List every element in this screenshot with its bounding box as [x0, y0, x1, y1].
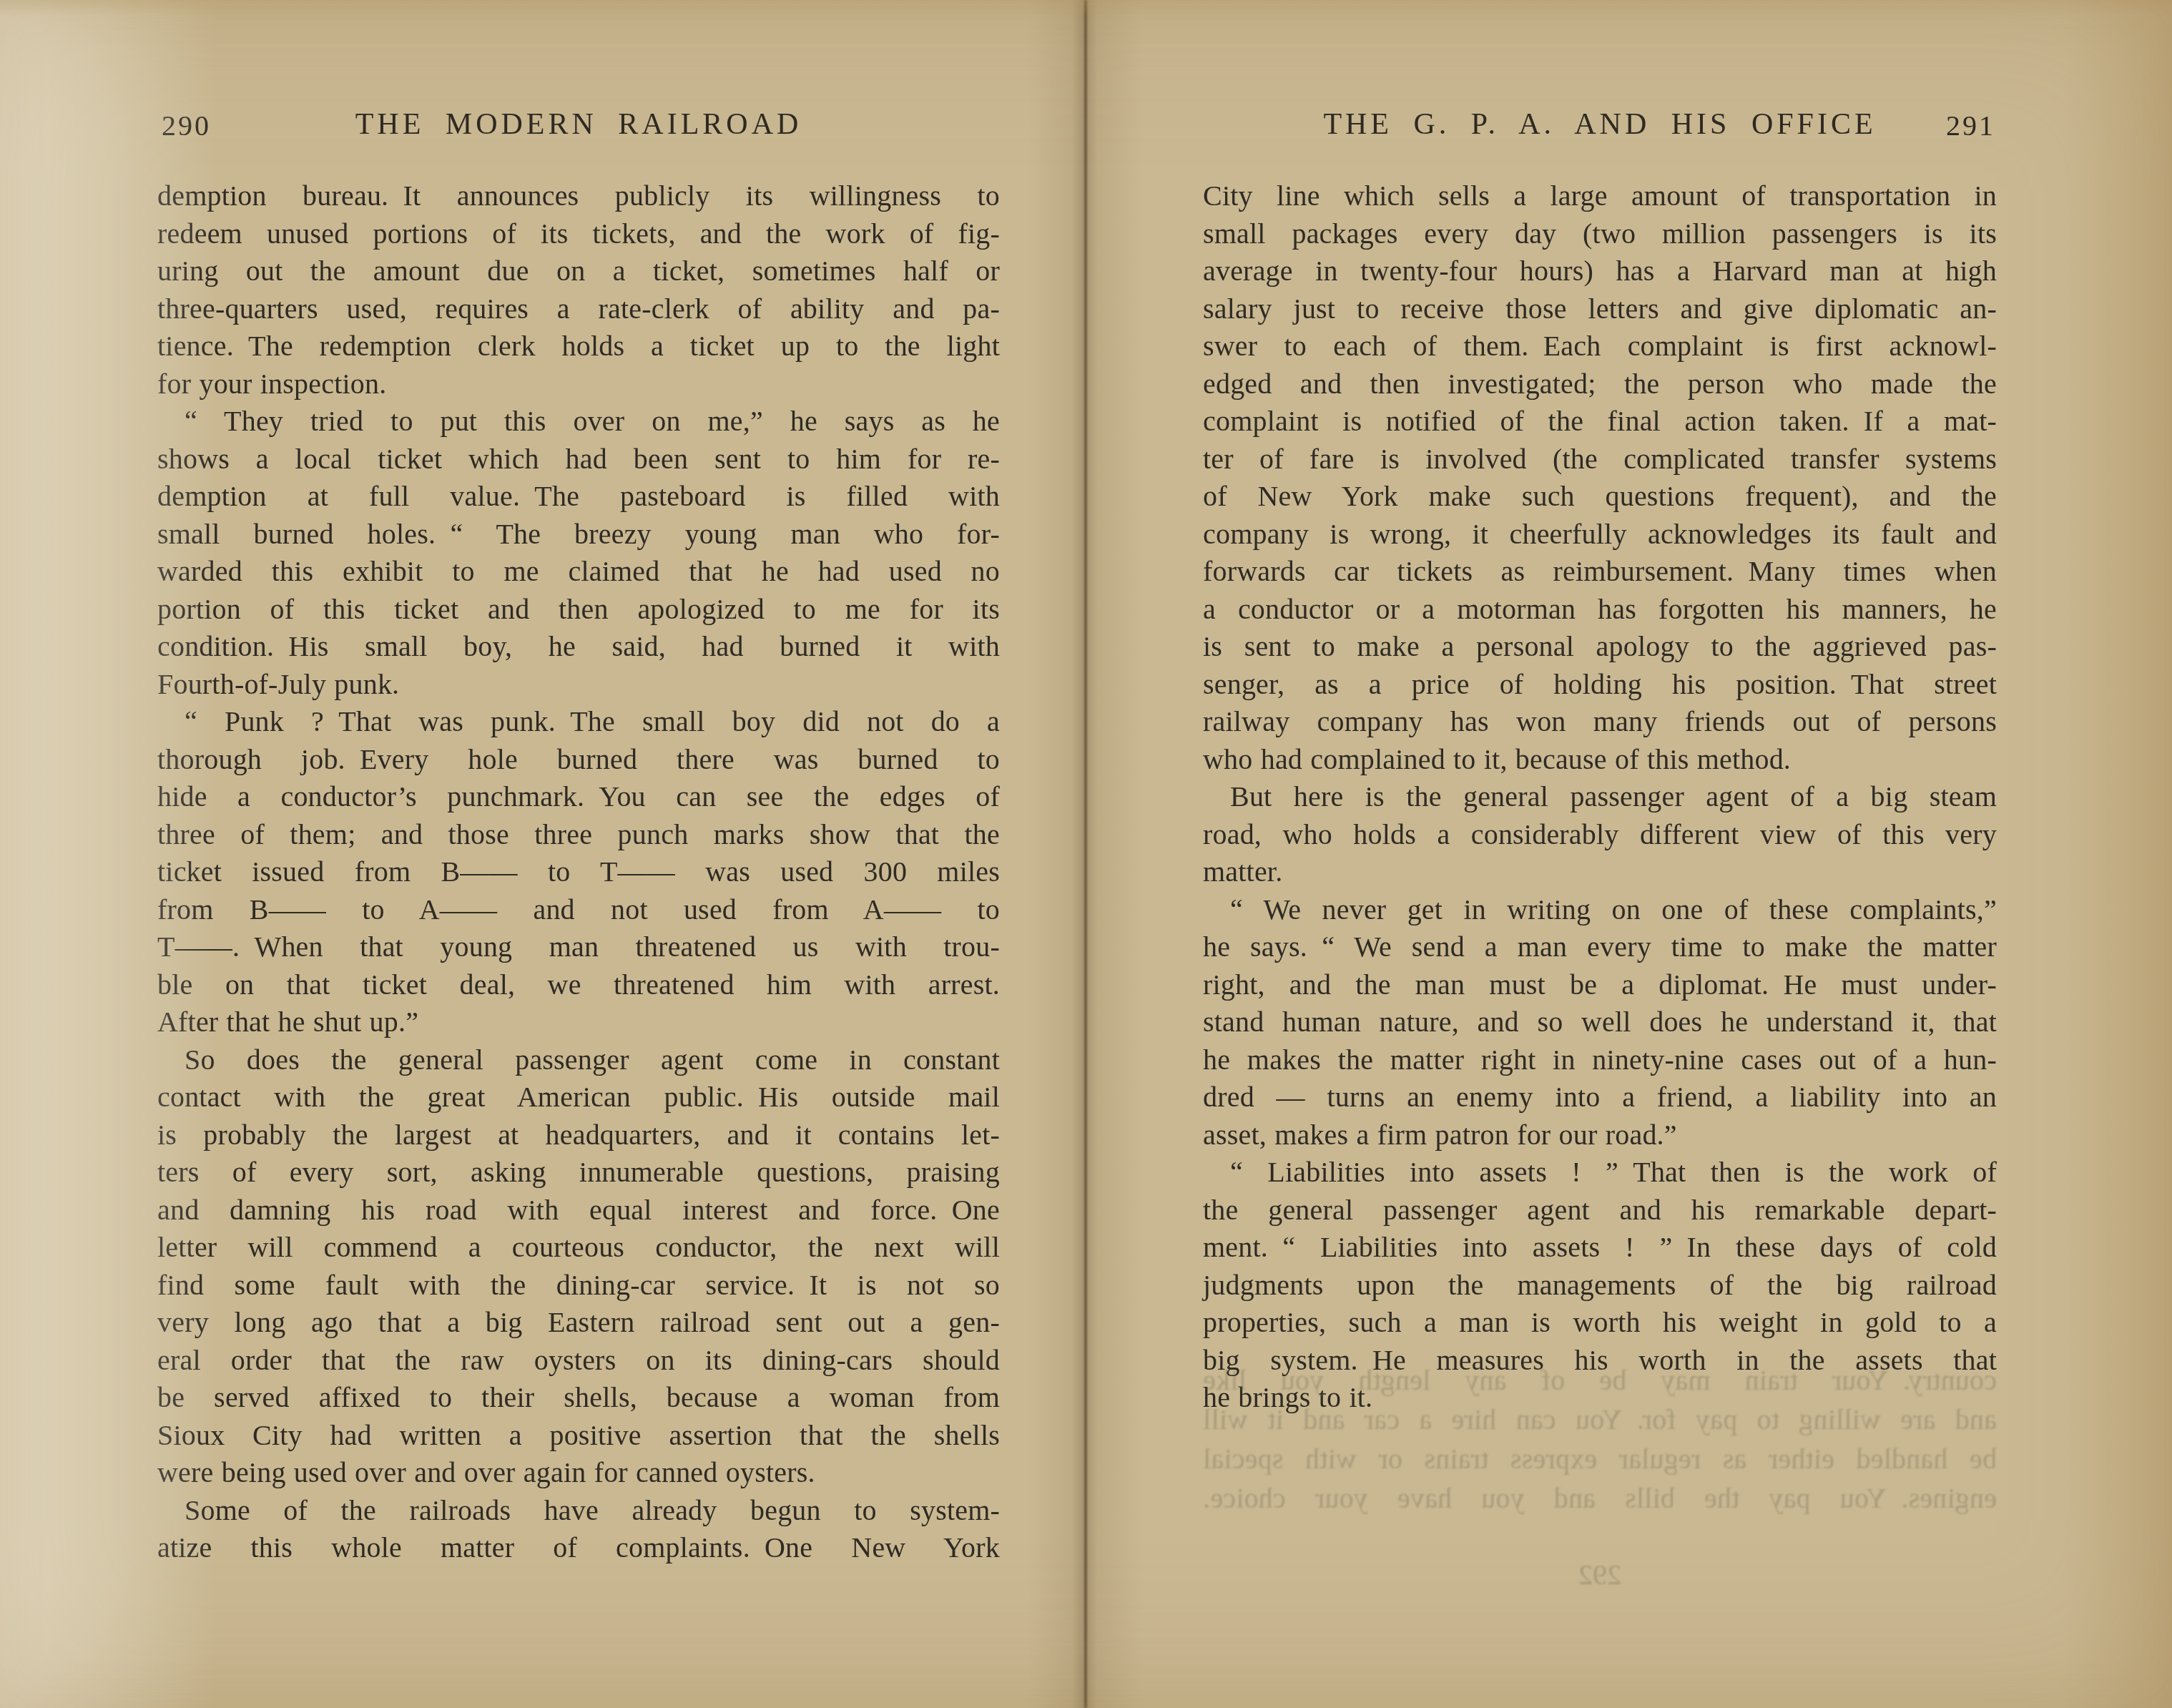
text-line: from B—— to A—— and not used from A—— to	[157, 891, 1000, 929]
text-line: were being used over and over again for …	[157, 1454, 1000, 1492]
text-line: and damning his road with equal interest…	[157, 1192, 1000, 1230]
open-book-scan: 290 THE MODERN RAILROAD demption bureau.…	[0, 0, 2172, 1708]
text-line: small burned holes. “ The breezy young m…	[157, 516, 1000, 554]
text-line: eral order that the raw oysters on its d…	[157, 1342, 1000, 1380]
text-line: ticket issued from B—— to T—— was used 3…	[157, 853, 1000, 891]
text-line: three-quarters used, requires a rate-cle…	[157, 290, 1000, 328]
text-line: complaint is notified of the final actio…	[1203, 403, 1997, 441]
right-page-number: 291	[1946, 109, 1995, 142]
text-line: big system. He measures his worth in the…	[1203, 1342, 1997, 1380]
left-running-head-row: 290 THE MODERN RAILROAD	[157, 107, 1000, 147]
show-through-page-number: 292	[1203, 1555, 1997, 1594]
text-line: shows a local ticket which had been sent…	[157, 441, 1000, 478]
text-line: Fourth-of-July punk.	[157, 666, 1000, 704]
text-line: swer to each of them. Each complaint is …	[1203, 328, 1997, 365]
text-line: condition. His small boy, he said, had b…	[157, 628, 1000, 666]
right-running-head: THE G. P. A. AND HIS OFFICE	[1203, 107, 1997, 142]
text-line: ters of every sort, asking innumerable q…	[157, 1154, 1000, 1192]
right-running-head-row: THE G. P. A. AND HIS OFFICE 291	[1203, 107, 1997, 147]
text-line: be handled either as regular express tra…	[1203, 1439, 1997, 1478]
text-line: he says. “ We send a man every time to m…	[1203, 928, 1997, 966]
text-line: judgments upon the managements of the bi…	[1203, 1267, 1997, 1305]
text-line: dred — turns an enemy into a friend, a l…	[1203, 1079, 1997, 1116]
text-line: asset, makes a firm patron for our road.…	[1203, 1116, 1997, 1154]
text-line: tience. The redemption clerk holds a tic…	[157, 328, 1000, 365]
text-line: Some of the railroads have already begun…	[157, 1492, 1000, 1530]
text-line: ment. “ Liabilities into assets ! ” In t…	[1203, 1229, 1997, 1267]
right-page-body: City line which sells a large amount of …	[1203, 177, 1997, 1417]
text-line: road, who holds a considerably different…	[1203, 816, 1997, 854]
text-line: very long ago that a big Eastern railroa…	[157, 1304, 1000, 1342]
text-line: small packages every day (two million pa…	[1203, 215, 1997, 253]
left-page-body: demption bureau. It announces publicly i…	[157, 177, 1000, 1567]
text-line: demption at full value. The pasteboard i…	[157, 478, 1000, 516]
book-gutter-line	[1084, 0, 1087, 1708]
text-line: is sent to make a personal apology to th…	[1203, 628, 1997, 666]
text-line: matter.	[1203, 853, 1997, 891]
text-line: contact with the great American public. …	[157, 1079, 1000, 1116]
text-line: is probably the largest at headquarters,…	[157, 1116, 1000, 1154]
text-line: stand human nature, and so well does he …	[1203, 1003, 1997, 1041]
text-line: find some fault with the dining-car serv…	[157, 1267, 1000, 1305]
text-line: for your inspection.	[157, 365, 1000, 403]
text-line: senger, as a price of holding his positi…	[1203, 666, 1997, 704]
text-line: three of them; and those three punch mar…	[157, 816, 1000, 854]
text-line: So does the general passenger agent come…	[157, 1041, 1000, 1079]
text-line: uring out the amount due on a ticket, so…	[157, 252, 1000, 290]
text-line: ter of fare is involved (the complicated…	[1203, 441, 1997, 478]
text-line: salary just to receive those letters and…	[1203, 290, 1997, 328]
text-line: Sioux City had written a positive assert…	[157, 1417, 1000, 1455]
text-line: of New York make such questions frequent…	[1203, 478, 1997, 516]
text-line: “ They tried to put this over on me,” he…	[157, 403, 1000, 441]
text-line: thorough job. Every hole burned there wa…	[157, 741, 1000, 779]
text-line: be served affixed to their shells, becau…	[157, 1379, 1000, 1417]
text-line: T——. When that young man threatened us w…	[157, 928, 1000, 966]
text-line: hide a conductor’s punchmark. You can se…	[157, 778, 1000, 816]
left-running-head: THE MODERN RAILROAD	[157, 107, 1000, 142]
text-line: redeem unused portions of its tickets, a…	[157, 215, 1000, 253]
text-line: “ We never get in writing on one of thes…	[1203, 891, 1997, 929]
text-line: portion of this ticket and then apologiz…	[157, 591, 1000, 629]
text-line: right, and the man must be a diplomat. H…	[1203, 966, 1997, 1004]
text-line: he brings to it.	[1203, 1379, 1997, 1417]
text-line: properties, such a man is worth his weig…	[1203, 1304, 1997, 1342]
text-line: letter will commend a courteous conducto…	[157, 1229, 1000, 1267]
text-line: “ Liabilities into assets ! ” That then …	[1203, 1154, 1997, 1192]
text-line: But here is the general passenger agent …	[1203, 778, 1997, 816]
text-line: railway company has won many friends out…	[1203, 703, 1997, 741]
text-line: engines. You pay the bills and you have …	[1203, 1478, 1997, 1518]
text-line: edged and then investigated; the person …	[1203, 365, 1997, 403]
text-line: company is wrong, it cheerfully acknowle…	[1203, 516, 1997, 554]
text-line: City line which sells a large amount of …	[1203, 177, 1997, 215]
text-line: the general passenger agent and his rema…	[1203, 1192, 1997, 1230]
text-line: who had complained to it, because of thi…	[1203, 741, 1997, 779]
text-line: atize this whole matter of complaints. O…	[157, 1529, 1000, 1567]
text-line: demption bureau. It announces publicly i…	[157, 177, 1000, 215]
text-line: After that he shut up.”	[157, 1003, 1000, 1041]
text-line: ble on that ticket deal, we threatened h…	[157, 966, 1000, 1004]
text-line: forwards car tickets as reimbursement. M…	[1203, 553, 1997, 591]
text-line: a conductor or a motorman has forgotten …	[1203, 591, 1997, 629]
text-line: warded this exhibit to me claimed that h…	[157, 553, 1000, 591]
text-line: average in twenty-four hours) has a Harv…	[1203, 252, 1997, 290]
text-line: he makes the matter right in ninety-nine…	[1203, 1041, 1997, 1079]
text-line: “ Punk ? That was punk. The small boy di…	[157, 703, 1000, 741]
